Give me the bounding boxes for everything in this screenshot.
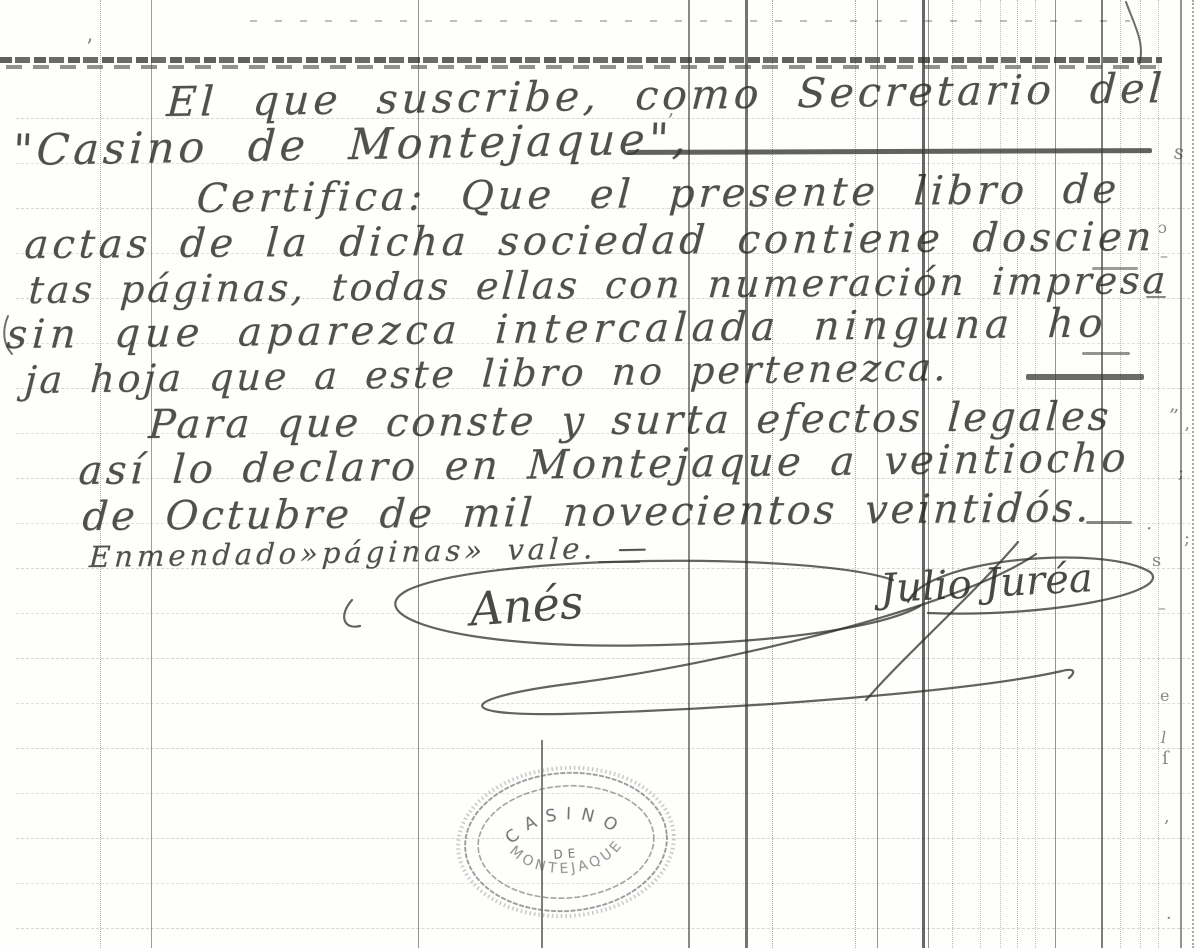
bleed-through-mark: ; [1178, 462, 1184, 483]
bleed-through-mark: ’ [86, 36, 93, 61]
bleed-through-mark: ; [1184, 528, 1190, 549]
stray-stroke-top-right [1126, 2, 1141, 64]
stamp-inner-ring [474, 780, 657, 904]
bleed-through-mark: e [1160, 686, 1169, 705]
scanned-certificate-page: El que suscribe, como Secretario del"Cas… [0, 0, 1200, 948]
signature-1-name: Anés [464, 575, 585, 637]
bleed-through-mark: – [1158, 598, 1166, 617]
bleed-through-mark: · [1146, 516, 1152, 540]
bleed-through-mark: ſ [1162, 748, 1169, 769]
bleed-through-mark: ’ [1184, 424, 1190, 445]
bleed-through-mark: – [1160, 246, 1168, 265]
stamp-outer-halo [453, 761, 679, 924]
bleed-through-mark: , [668, 96, 674, 120]
bleed-through-mark: · [1166, 908, 1172, 929]
signature1-lead-hook [344, 600, 360, 627]
bleed-through-mark: ɔ [1158, 218, 1167, 237]
stray-stroke-left-margin [4, 316, 12, 354]
bleed-through-mark: s [1152, 550, 1161, 571]
bleed-through-mark: , [1164, 806, 1170, 827]
signature-2-name: Julio Juréa [872, 555, 1094, 612]
stamp-svg: CASINO DE MONTEJAQUE [439, 752, 694, 933]
stamp-text-middle: DE [553, 846, 581, 862]
